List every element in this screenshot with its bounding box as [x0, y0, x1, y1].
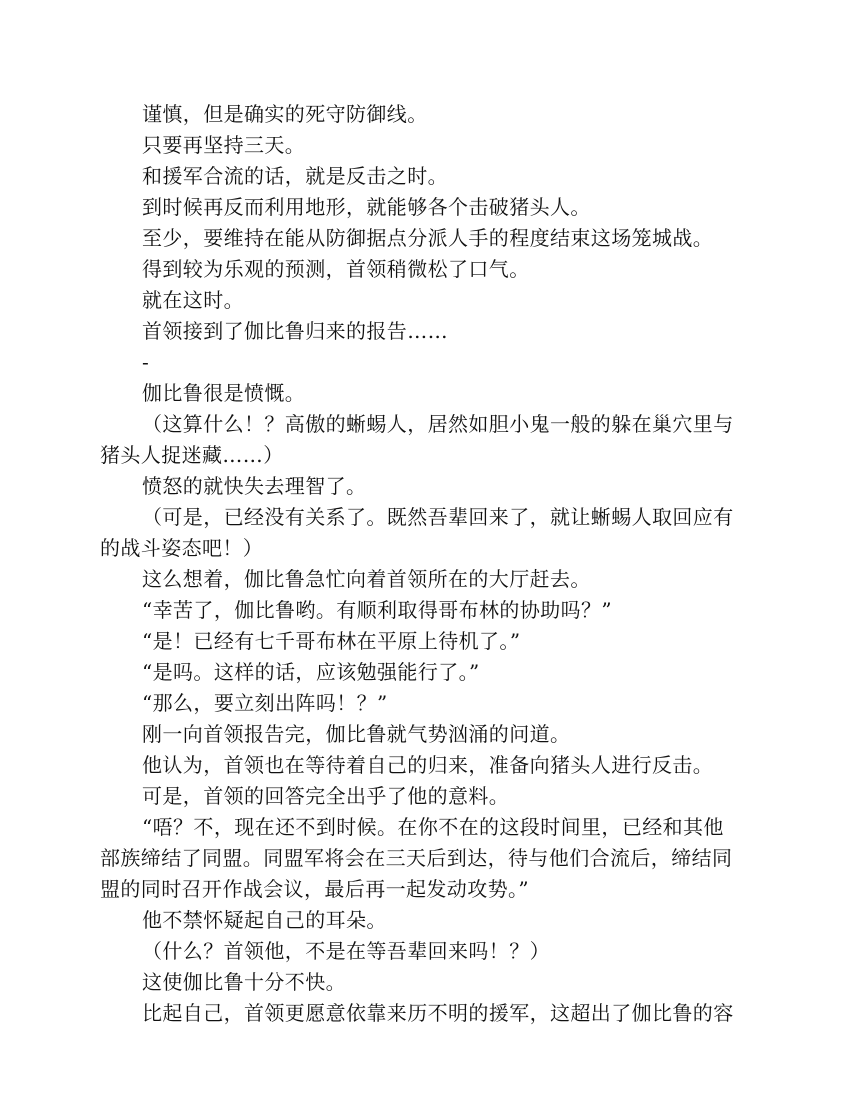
- paragraph: 愤怒的就快失去理智了。: [100, 471, 743, 502]
- paragraph: 他不禁怀疑起自己的耳朵。: [100, 905, 743, 936]
- paragraph: 比起自己，首领更愿意依靠来历不明的援军，这超出了伽比鲁的容: [100, 998, 743, 1029]
- paragraph: 只要再坚持三天。: [100, 130, 743, 161]
- paragraph: 这使伽比鲁十分不快。: [100, 967, 743, 998]
- paragraph: 伽比鲁很是愤慨。: [100, 378, 743, 409]
- paragraph: 就在这时。: [100, 285, 743, 316]
- paragraph: 至少，要维持在能从防御据点分派人手的程度结束这场笼城战。: [100, 223, 743, 254]
- paragraph: 首领接到了伽比鲁归来的报告……: [100, 316, 743, 347]
- section-separator: -: [100, 347, 743, 378]
- dialogue-line: “唔？不，现在还不到时候。在你不在的这段时间里，已经和其他部族缔结了同盟。同盟军…: [100, 812, 743, 905]
- paragraph: 这么想着，伽比鲁急忙向着首领所在的大厅赶去。: [100, 564, 743, 595]
- paragraph: 到时候再反而利用地形，就能够各个击破猪头人。: [100, 192, 743, 223]
- dialogue-line: “是！已经有七千哥布林在平原上待机了。”: [100, 626, 743, 657]
- paragraph: （这算什么！？高傲的蜥蜴人，居然如胆小鬼一般的躲在巢穴里与猪头人捉迷藏……）: [100, 409, 743, 471]
- paragraph: 他认为，首领也在等待着自己的归来，准备向猪头人进行反击。: [100, 750, 743, 781]
- paragraph: 可是，首领的回答完全出乎了他的意料。: [100, 781, 743, 812]
- dialogue-line: “是吗。这样的话，应该勉强能行了。”: [100, 657, 743, 688]
- dialogue-line: “那么，要立刻出阵吗！？”: [100, 688, 743, 719]
- paragraph: 和援军合流的话，就是反击之时。: [100, 161, 743, 192]
- document-page: 谨慎，但是确实的死守防御线。 只要再坚持三天。 和援军合流的话，就是反击之时。 …: [100, 99, 743, 1029]
- paragraph: （什么？首领他，不是在等吾辈回来吗！？）: [100, 936, 743, 967]
- paragraph: 谨慎，但是确实的死守防御线。: [100, 99, 743, 130]
- paragraph: （可是，已经没有关系了。既然吾辈回来了，就让蜥蜴人取回应有的战斗姿态吧！）: [100, 502, 743, 564]
- paragraph: 刚一向首领报告完，伽比鲁就气势汹涌的问道。: [100, 719, 743, 750]
- dialogue-line: “幸苦了，伽比鲁哟。有顺利取得哥布林的协助吗？”: [100, 595, 743, 626]
- paragraph: 得到较为乐观的预测，首领稍微松了口气。: [100, 254, 743, 285]
